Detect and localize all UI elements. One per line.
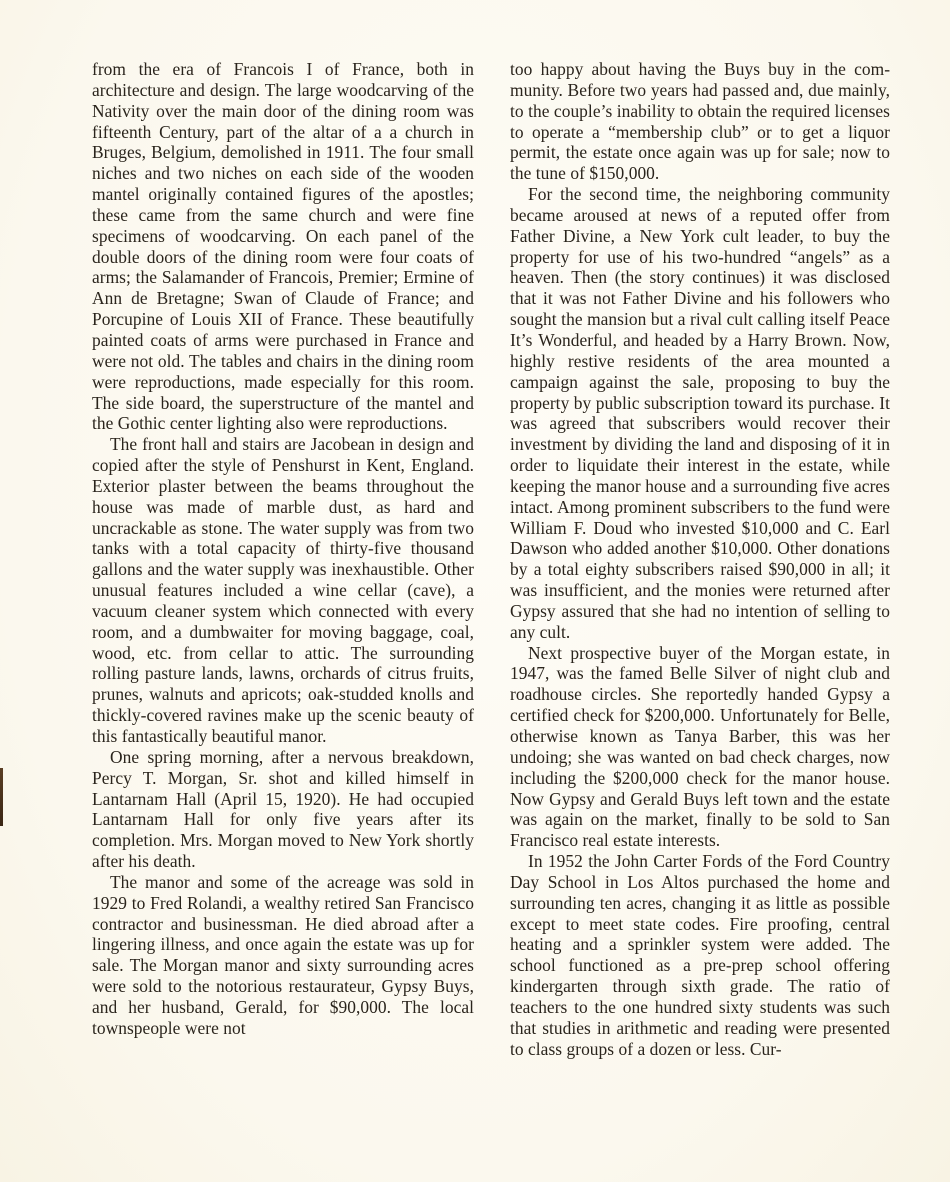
paragraph-continued-right: too happy about having the Buys buy in t… [510, 59, 890, 184]
page-edge-binding-mark [0, 768, 3, 826]
right-text-column: too happy about having the Buys buy in t… [510, 59, 890, 1060]
paragraph-next-buyer: Next prospective buyer of the Morgan est… [510, 643, 890, 851]
paragraph-second-time: For the second time, the neighboring com… [510, 184, 890, 643]
paragraph-front-hall: The front hall and stairs are Jacobean i… [92, 434, 474, 747]
left-text-column: from the era of Francois I of France, bo… [92, 59, 474, 1039]
paragraph-manor-sold: The manor and some of the acreage was so… [92, 872, 474, 1039]
paragraph-1952-fords: In 1952 the John Carter Fords of the For… [510, 851, 890, 1059]
paragraph-continued: from the era of Francois I of France, bo… [92, 59, 474, 434]
paragraph-spring-morning: One spring morning, after a nervous brea… [92, 747, 474, 872]
